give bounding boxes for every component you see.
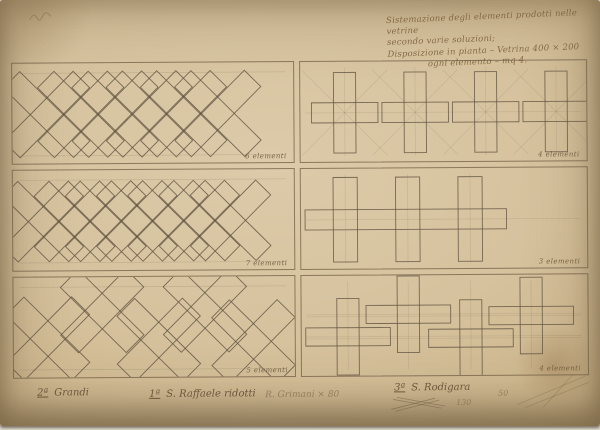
- footer-note-raffaele: 1ªS. Raffaele ridotti: [149, 388, 256, 400]
- footer-note-text: S. Rodigara: [411, 382, 470, 393]
- pencil-squiggle-mark: [27, 9, 55, 23]
- footer-note-rodigara: 3ªS. Rodigara: [394, 382, 470, 393]
- panel-plus-band-mid-right: 3 elementi: [300, 166, 589, 270]
- footer-note-grandi: 2ªGrandi: [37, 387, 89, 398]
- panel-grid: 6 elementi 4 elementi 7 elementi 3 eleme…: [11, 59, 589, 379]
- faint-sketch-doodle: [513, 370, 593, 410]
- footer-note-text: Grandi: [54, 387, 89, 398]
- footer-note-grimani: R. Grimani × 80: [265, 390, 339, 400]
- footer-misc-50: 50: [498, 389, 508, 398]
- footer-misc-130: 130: [456, 398, 471, 407]
- footer-note-text: R. Grimani × 80: [265, 390, 339, 400]
- scanned-drawing-sheet: { "colors":{"paper":"#d6c29d","pencil":"…: [0, 0, 600, 430]
- footer-note-number: 3ª: [394, 382, 405, 393]
- footer-note-text: S. Raffaele ridotti: [166, 388, 256, 400]
- footer-note-number: 1ª: [149, 389, 160, 400]
- panel-x-staggered-bottom-left: 5 elementi: [12, 275, 296, 379]
- panel-plus-staggered-bottom-right: 4 elementi: [300, 273, 589, 377]
- crossed-bars-doodle: [389, 395, 449, 413]
- sheet-content: Sistemazione degli elementi prodotti nel…: [0, 0, 600, 428]
- panel-x-lattice-mid-left: 7 elementi: [12, 168, 296, 272]
- panel-plus-row-top-right: 4 elementi: [299, 59, 588, 163]
- footer-note-number: 2ª: [37, 388, 48, 399]
- panel-x-lattice-top-left: 6 elementi: [11, 61, 295, 165]
